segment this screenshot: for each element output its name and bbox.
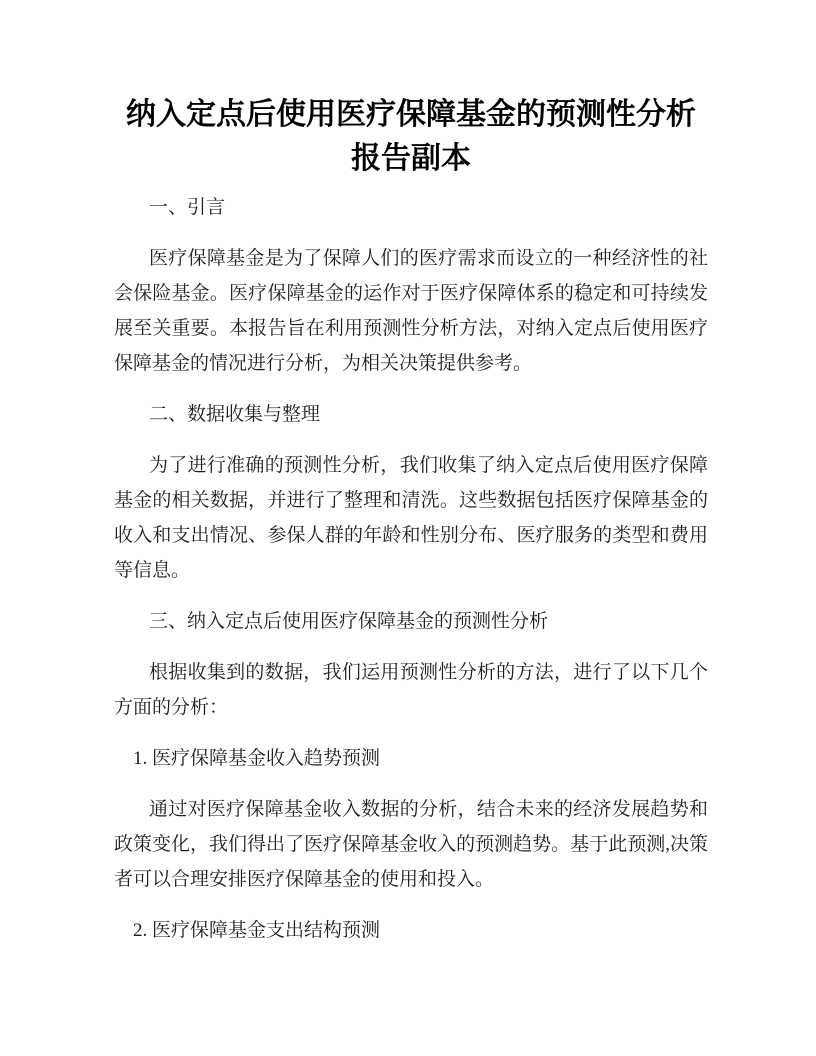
- document-content: 纳入定点后使用医疗保障基金的预测性分析报告副本 一、引言医疗保障基金是为了保障人…: [0, 0, 816, 1056]
- paragraph: 医疗保障基金是为了保障人们的医疗需求而设立的一种经济性的社会保险基金。医疗保障基…: [114, 241, 708, 381]
- numbered-heading: 2. 医疗保障基金支出结构预测: [114, 913, 708, 948]
- page-title: 纳入定点后使用医疗保障基金的预测性分析报告副本: [114, 93, 708, 181]
- numbered-heading: 1. 医疗保障基金收入趋势预测: [114, 741, 708, 776]
- section-heading: 一、引言: [114, 190, 708, 225]
- section-heading: 三、纳入定点后使用医疗保障基金的预测性分析: [114, 604, 708, 639]
- paragraph: 根据收集到的数据，我们运用预测性分析的方法，进行了以下几个方面的分析：: [114, 655, 708, 725]
- document-body: 一、引言医疗保障基金是为了保障人们的医疗需求而设立的一种经济性的社会保险基金。医…: [114, 190, 708, 948]
- paragraph: 通过对医疗保障基金收入数据的分析，结合未来的经济发展趋势和政策变化，我们得出了医…: [114, 792, 708, 897]
- document-page: 纳入定点后使用医疗保障基金的预测性分析报告副本 一、引言医疗保障基金是为了保障人…: [0, 0, 816, 1056]
- paragraph: 为了进行准确的预测性分析，我们收集了纳入定点后使用医疗保障基金的相关数据，并进行…: [114, 448, 708, 588]
- section-heading: 二、数据收集与整理: [114, 397, 708, 432]
